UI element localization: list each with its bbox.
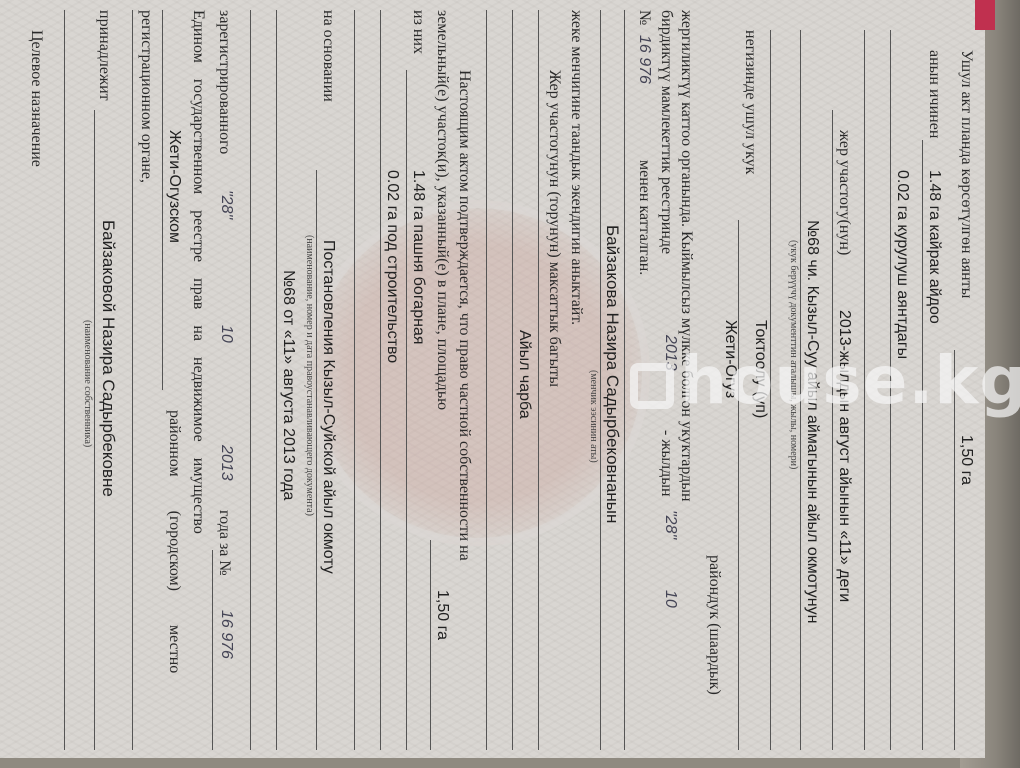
kg-basis-label: негизинде ушул укук (741, 30, 759, 174)
kg-area-arable: 1.48 га кайрак айдоо (925, 170, 943, 324)
watermark-text: house.kg (680, 342, 1020, 419)
ru-reg-year: 2013 (217, 445, 235, 481)
ru-organ-line: регистрационном органе, (137, 10, 155, 183)
site-watermark: house.kg (630, 342, 1020, 419)
kg-ownership-text: жеке менчигине таандык экендигин аныктай… (567, 10, 585, 325)
ru-reg-day: "28" (217, 190, 235, 219)
ru-basis-label: на основании (319, 10, 337, 102)
ru-owner-hint: (наименование собственника) (81, 320, 93, 447)
kg-reg-month: 10 (661, 590, 679, 608)
ru-district-name: Жети-Огузском (165, 130, 183, 243)
land-act-page: Ушул акт планда көрсөтүлгөн аянты 1,50 г… (0, 0, 985, 758)
kg-registry-text: жергиликтүү каттоо органында. Кыймылсыз … (677, 10, 695, 502)
house-logo-icon (630, 363, 674, 409)
ru-reg-month: 10 (217, 325, 235, 343)
kg-registry-text2: бирдиктүү мамлекеттик реестринде (657, 10, 675, 254)
kg-reg-number: 16 976 (635, 35, 653, 84)
ru-of-which-label: из них (409, 10, 427, 54)
ru-belongs-label: принадлежит (95, 10, 113, 101)
kg-registered-suffix: менен катталган. (635, 160, 653, 275)
ru-registered-label: зарегистрированного (215, 10, 233, 154)
ru-confirm-text: Настоящим актом подтверждается, что прав… (455, 70, 473, 561)
kg-reg-day-label: - жылдын (657, 430, 675, 497)
ru-reg-number-label: года за № (215, 510, 233, 576)
ru-area-total: 1,50 га (433, 590, 451, 640)
ru-basis-detail: №68 от «11» августа 2013 года (279, 270, 297, 500)
kg-area-total: 1,50 га (957, 435, 975, 485)
ru-registry-line: Едином государственном реестре прав на н… (189, 10, 207, 534)
kg-reg-day: "28" (661, 510, 679, 539)
kg-reg-number-label: № (635, 10, 653, 25)
ru-basis-value: Постановления Кызыл-Суйской айыл окмоту (319, 240, 337, 574)
kg-decree-body: №68 чи. Кызыл-Суу айыл аймагынын айыл ок… (803, 220, 821, 623)
document-photo: Ушул акт планда көрсөтүлгөн аянты 1,50 г… (0, 0, 1020, 768)
ru-basis-hint: (наименование, номер и дата правоустанав… (303, 235, 315, 516)
kg-district-suffix: райондук (шаардык) (705, 555, 723, 695)
ru-reg-number: 16 976 (217, 610, 235, 659)
ru-purpose-label: Целевое назначение (27, 30, 45, 167)
ru-plot-text: земельный(е) участок(и), указанный(е) в … (433, 10, 451, 410)
kg-plot-label: жер участогу(нун) (835, 130, 853, 255)
ru-area-arable: 1.48 га пашня богарная (409, 170, 427, 345)
kg-of-which-label: анын ичинен (925, 50, 943, 138)
kg-owner-hint: (менчик ээсинин аты) (587, 370, 599, 463)
ru-district-line: районном (городском) местно (165, 410, 183, 673)
kg-owner-name: Байзакова Назира Садырбековнанын (603, 225, 621, 523)
kg-area-intro: Ушул акт планда көрсөтүлгөн аянты (957, 50, 975, 298)
kg-area-building: 0.02 га курулуш аянтдагы (893, 170, 911, 359)
ru-owner-name: Байзаковой Назира Садырбековне (99, 220, 117, 497)
kg-purpose-value: Айыл чарба (515, 330, 533, 419)
ru-area-building: 0.02 га под строительство (383, 170, 401, 363)
kg-purpose-label: Жер участогунун (торунун) максаттык багы… (545, 70, 563, 387)
red-bookmark-tab (975, 0, 995, 30)
